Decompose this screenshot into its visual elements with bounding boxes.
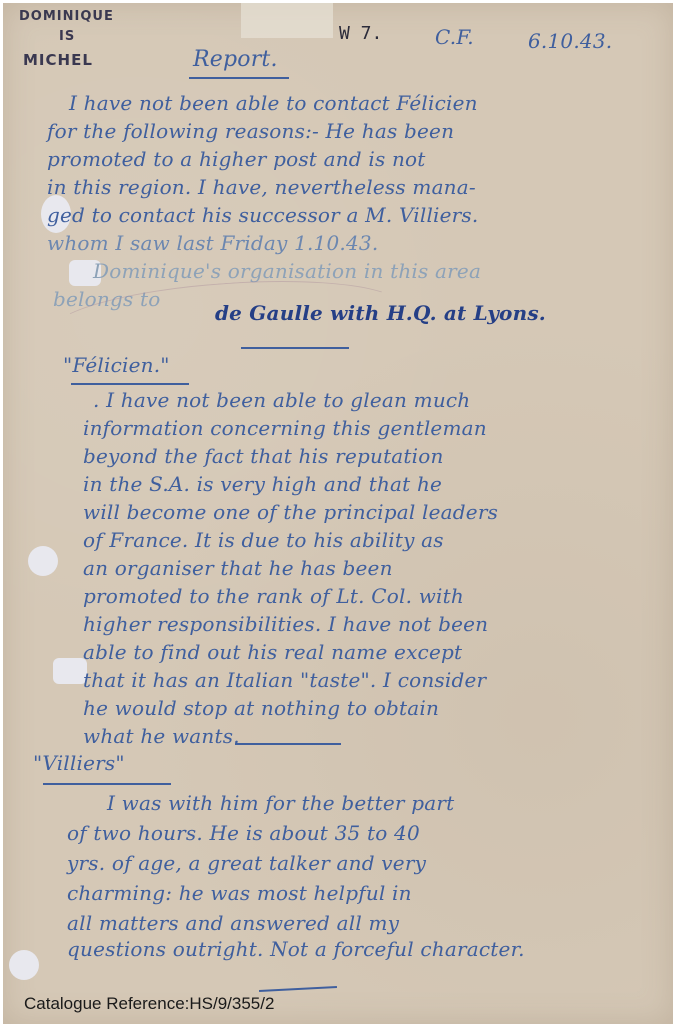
header-initials: C.F. bbox=[435, 25, 474, 49]
felicien-line: higher responsibilities. I have not been bbox=[83, 612, 488, 636]
punch-hole bbox=[9, 950, 39, 980]
intro-line: ged to contact his successor a M. Villie… bbox=[47, 203, 478, 227]
punch-hole bbox=[28, 546, 58, 576]
felicien-line: information concerning this gentleman bbox=[83, 416, 487, 440]
section-divider bbox=[235, 743, 341, 745]
catalogue-reference: Catalogue Reference:HS/9/355/2 bbox=[24, 994, 274, 1014]
stamp-line: DOMINIQUE bbox=[19, 9, 114, 24]
title-underline bbox=[189, 77, 289, 79]
intro-line: in this region. I have, nevertheless man… bbox=[47, 175, 476, 199]
intro-line: for the following reasons:- He has been bbox=[47, 119, 454, 143]
villiers-line: yrs. of age, a great talker and very bbox=[67, 851, 426, 875]
section-heading-villiers: "Villiers" bbox=[33, 751, 125, 775]
felicien-line: he would stop at nothing to obtain bbox=[83, 696, 439, 720]
header-reference: W 7. bbox=[339, 23, 382, 44]
tape-strip bbox=[241, 3, 333, 38]
report-title: Report. bbox=[193, 47, 278, 72]
villiers-line: of two hours. He is about 35 to 40 bbox=[67, 821, 420, 845]
felicien-line: that it has an Italian "taste". I consid… bbox=[83, 668, 486, 692]
felicien-line: what he wants. bbox=[83, 724, 240, 748]
villiers-line: questions outright. Not a forceful chara… bbox=[67, 937, 525, 961]
felicien-line: an organiser that he has been bbox=[83, 556, 393, 580]
heading-underline bbox=[71, 383, 189, 385]
felicien-line: beyond the fact that his reputation bbox=[83, 444, 444, 468]
document-page: DOMINIQUE IS MICHEL W 7. C.F. 6.10.43. R… bbox=[3, 3, 673, 1024]
punch-hole bbox=[53, 658, 87, 684]
intro-line: I have not been able to contact Félicien bbox=[69, 91, 478, 115]
section-heading-felicien: "Félicien." bbox=[63, 353, 170, 377]
stamp-line: IS bbox=[59, 29, 75, 44]
intro-line: Dominique's organisation in this area bbox=[93, 259, 481, 283]
intro-line: whom I saw last Friday 1.10.43. bbox=[47, 231, 378, 255]
felicien-line: able to find out his real name except bbox=[83, 640, 462, 664]
villiers-line: charming: he was most helpful in bbox=[67, 881, 412, 905]
intro-line: promoted to a higher post and is not bbox=[47, 147, 426, 171]
felicien-line: of France. It is due to his ability as bbox=[83, 528, 444, 552]
section-divider bbox=[241, 347, 349, 349]
felicien-line: will become one of the principal leaders bbox=[83, 500, 498, 524]
felicien-line: in the S.A. is very high and that he bbox=[83, 472, 442, 496]
felicien-line: promoted to the rank of Lt. Col. with bbox=[83, 584, 464, 608]
section-divider bbox=[259, 986, 337, 992]
header-date: 6.10.43. bbox=[528, 29, 612, 53]
heading-underline bbox=[43, 783, 171, 785]
villiers-line: I was with him for the better part bbox=[107, 791, 454, 815]
stamp-line: MICHEL bbox=[23, 51, 93, 69]
felicien-line: . I have not been able to glean much bbox=[93, 388, 470, 412]
villiers-line: all matters and answered all my bbox=[67, 911, 399, 935]
